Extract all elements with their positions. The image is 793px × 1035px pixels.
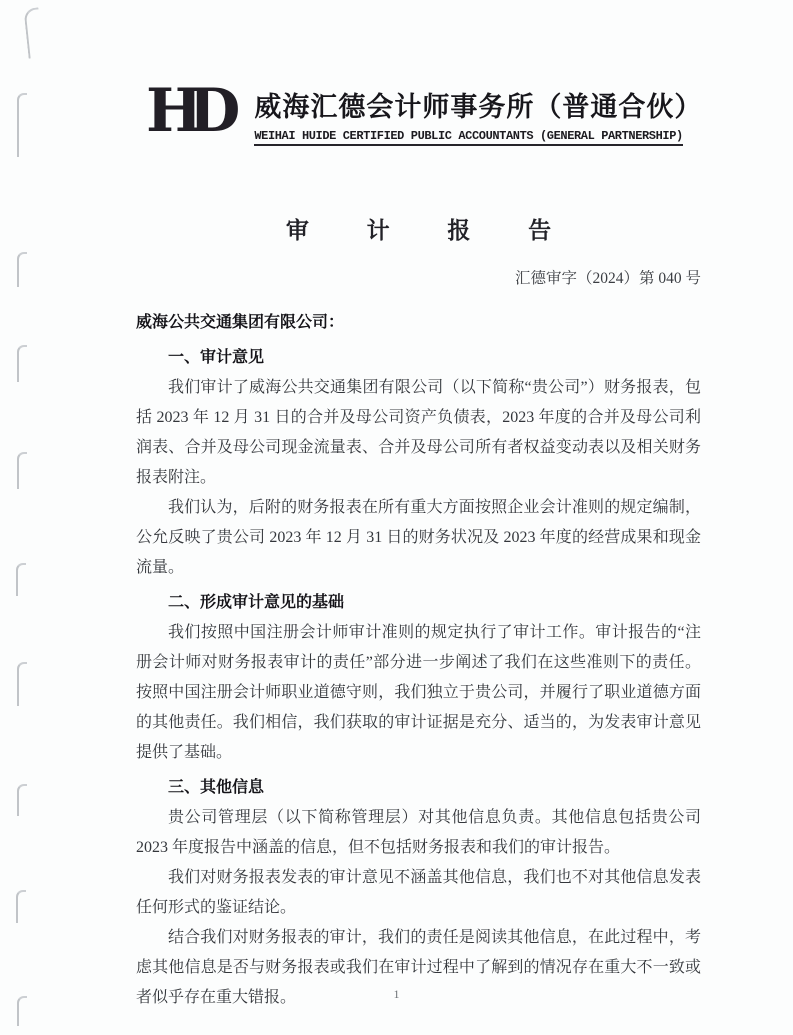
firm-name-chinese: 威海汇德会计师事务所（普通合伙） <box>254 85 702 124</box>
paragraph: 我们审计了威海公共交通集团有限公司（以下简称“贵公司”）财务报表，包括 2023… <box>136 373 701 493</box>
section-other-information: 三、其他信息 贵公司管理层（以下简称管理层）对其他信息负责。其他信息包括贵公司 … <box>136 773 701 1013</box>
scan-artifact <box>17 93 27 157</box>
scan-artifact <box>16 890 26 923</box>
reference-number: 汇德审字（2024）第 040 号 <box>136 266 701 288</box>
scan-artifact <box>17 252 27 287</box>
report-body: 审 计 报 告 汇德审字（2024）第 040 号 威海公共交通集团有限公司： … <box>0 212 793 1013</box>
scan-artifact <box>16 563 26 596</box>
paragraph: 我们按照中国注册会计师审计准则的规定执行了审计工作。审计报告的“注册会计师对财务… <box>136 618 701 768</box>
section-heading: 一、审计意见 <box>136 343 701 373</box>
paragraph: 贵公司管理层（以下简称管理层）对其他信息负责。其他信息包括贵公司 2023 年度… <box>136 803 701 863</box>
report-title: 审 计 报 告 <box>136 212 701 245</box>
section-heading: 二、形成审计意见的基础 <box>136 588 701 618</box>
paragraph: 我们认为，后附的财务报表在所有重大方面按照企业会计准则的规定编制，公允反映了贵公… <box>136 493 701 583</box>
section-audit-opinion: 一、审计意见 我们审计了威海公共交通集团有限公司（以下简称“贵公司”）财务报表，… <box>136 343 701 583</box>
document-page: HD 威海汇德会计师事务所（普通合伙） WEIHAI HUIDE CERTIFI… <box>0 0 793 1035</box>
addressee: 威海公共交通集团有限公司： <box>136 308 701 338</box>
section-basis-for-opinion: 二、形成审计意见的基础 我们按照中国注册会计师审计准则的规定执行了审计工作。审计… <box>136 588 701 768</box>
firm-names: 威海汇德会计师事务所（普通合伙） WEIHAI HUIDE CERTIFIED … <box>254 84 702 146</box>
paragraph: 我们对财务报表发表的审计意见不涵盖其他信息，我们也不对其他信息发表任何形式的鉴证… <box>136 863 701 923</box>
scan-artifact <box>17 662 27 706</box>
page-number: 1 <box>0 987 793 1002</box>
letterhead: HD 威海汇德会计师事务所（普通合伙） WEIHAI HUIDE CERTIFI… <box>0 0 793 146</box>
scan-artifact <box>17 345 27 382</box>
hd-logo: HD <box>146 84 240 139</box>
scan-artifact <box>17 784 27 816</box>
firm-name-english: WEIHAI HUIDE CERTIFIED PUBLIC ACCOUNTANT… <box>254 129 682 146</box>
logo-letter-d: D <box>188 76 240 146</box>
section-heading: 三、其他信息 <box>136 773 701 803</box>
scan-artifact <box>17 452 27 489</box>
